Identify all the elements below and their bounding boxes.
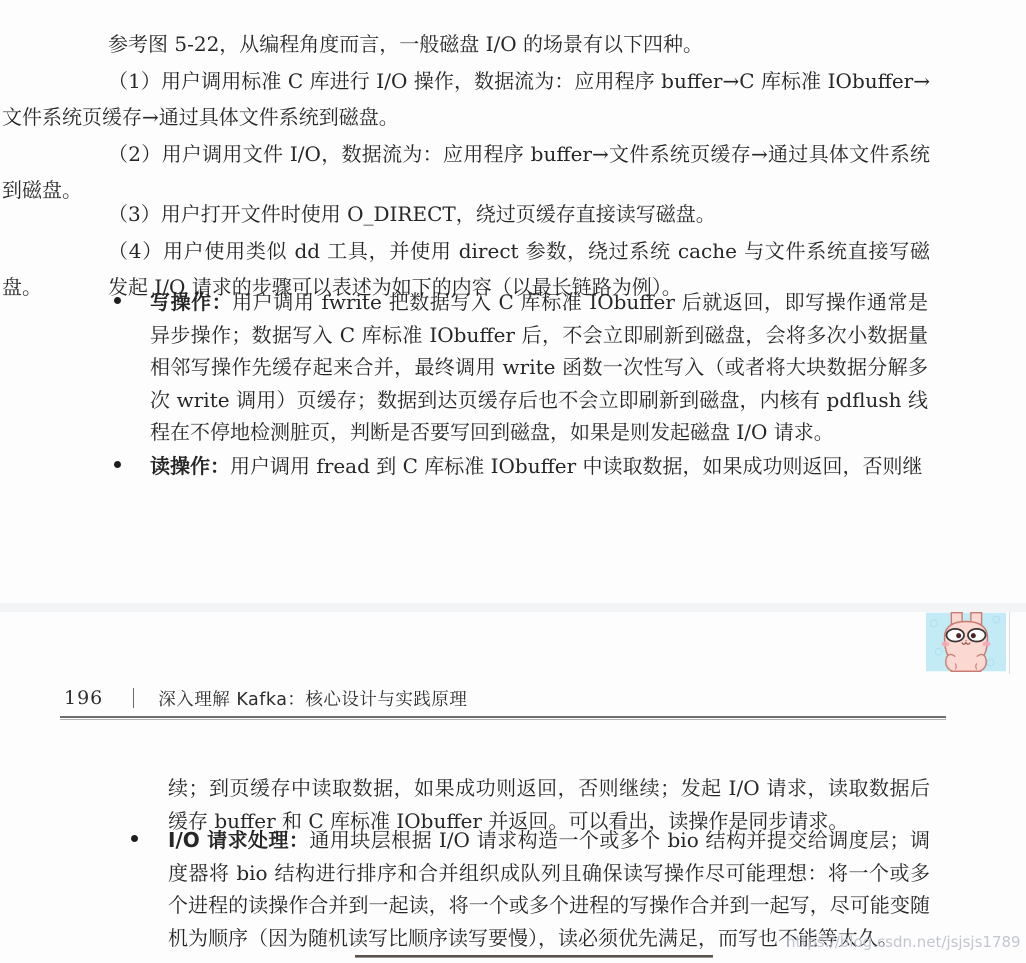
book-title: 深入理解 Kafka：核心设计与实践原理 — [158, 686, 467, 711]
bullet-dot-icon — [114, 297, 121, 304]
csdn-watermark: https://blog.csdn.net/jsjsjs1789 — [786, 933, 1021, 951]
bullet-body-read: 用户调用 fread 到 C 库标准 IObuffer 中读取数据，如果成功则返… — [230, 454, 923, 478]
fragment-separator-band — [0, 603, 1026, 612]
page-header: 196 深入理解 Kafka：核心设计与实践原理 — [64, 686, 467, 710]
page-fragment-top: 参考图 5-22，从编程角度而言，一般磁盘 I/O 的场景有以下四种。 （1）用… — [0, 0, 1026, 603]
bullet-item-read-operation: 读操作：用户调用 fread 到 C 库标准 IObuffer 中读取数据，如果… — [0, 450, 930, 483]
bullet-label-read: 读操作： — [150, 454, 230, 478]
scan-edge-line — [1009, 612, 1010, 674]
header-divider-bar — [133, 688, 134, 708]
bullet-label-write: 写操作： — [150, 290, 232, 314]
paragraph-case-1: （1）用户调用标准 C 库进行 I/O 操作，数据流为：应用程序 buffer→… — [2, 63, 930, 135]
bullet-item-write-operation: 写操作：用户调用 fwrite 把数据写入 C 库标准 IObuffer 后就返… — [0, 286, 930, 449]
page-number: 196 — [64, 687, 103, 709]
bullet-text-write: 写操作：用户调用 fwrite 把数据写入 C 库标准 IObuffer 后就返… — [150, 286, 928, 449]
bullet-text-read: 读操作：用户调用 fread 到 C 库标准 IObuffer 中读取数据，如果… — [150, 450, 928, 483]
page-fragment-bottom: 196 深入理解 Kafka：核心设计与实践原理 续；到页缓存中读取数据，如果成… — [0, 612, 1026, 963]
bullet-label-io: I/O 请求处理： — [168, 828, 309, 852]
paragraph-intro: 参考图 5-22，从编程角度而言，一般磁盘 I/O 的场景有以下四种。 — [2, 26, 930, 62]
scanned-book-page-screenshot: 参考图 5-22，从编程角度而言，一般磁盘 I/O 的场景有以下四种。 （1）用… — [0, 0, 1026, 963]
bullet-dot-icon — [114, 461, 121, 468]
bullet-dot-icon — [131, 835, 138, 842]
cropped-figure-top-border — [355, 955, 713, 958]
rabbit-sticker-icon — [926, 612, 1006, 672]
bullet-body-write: 用户调用 fwrite 把数据写入 C 库标准 IObuffer 后就返回，即写… — [150, 290, 928, 444]
header-rule — [60, 716, 946, 720]
paragraph-case-3: （3）用户打开文件时使用 O_DIRECT，绕过页缓存直接读写磁盘。 — [2, 196, 930, 232]
